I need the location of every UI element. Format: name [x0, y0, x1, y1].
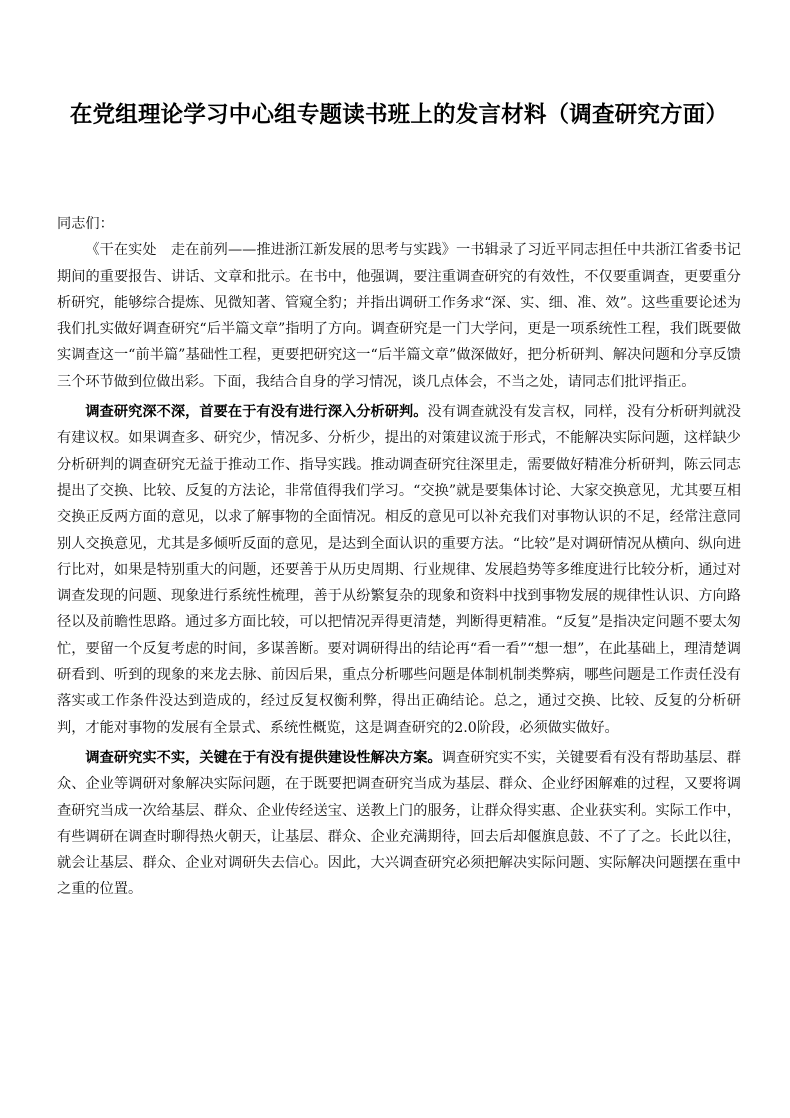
paragraph-text: 没有调查就没有发言权，同样，没有分析研判就没有建议权。如果调查多、研究少，情况多…	[57, 404, 741, 736]
paragraph-lead-heading: 调查研究深不深，首要在于有没有进行深入分析研判。	[85, 404, 427, 420]
paragraph-intro: 《干在实处 走在前列——推进浙江新发展的思考与实践》一书辑录了习近平同志担任中共…	[57, 237, 741, 395]
paragraph-lead-heading: 调查研究实不实，关键在于有没有提供建设性解决方案。	[85, 750, 441, 766]
paragraph-analysis: 调查研究深不深，首要在于有没有进行深入分析研判。没有调查就没有发言权，同样，没有…	[57, 399, 741, 741]
paragraph-solutions: 调查研究实不实，关键在于有没有提供建设性解决方案。调查研究实不实，关键要看有没有…	[57, 745, 741, 903]
document-body: 同志们： 《干在实处 走在前列——推进浙江新发展的思考与实践》一书辑录了习近平同…	[57, 211, 741, 907]
salutation: 同志们：	[57, 211, 741, 237]
paragraph-text: 《干在实处 走在前列——推进浙江新发展的思考与实践》一书辑录了习近平同志担任中共…	[57, 242, 741, 389]
document-title: 在党组理论学习中心组专题读书班上的发言材料（调查研究方面）	[47, 98, 751, 132]
paragraph-text: 调查研究实不实，关键要看有没有帮助基层、群众、企业等调研对象解决实际问题，在于既…	[57, 750, 741, 897]
